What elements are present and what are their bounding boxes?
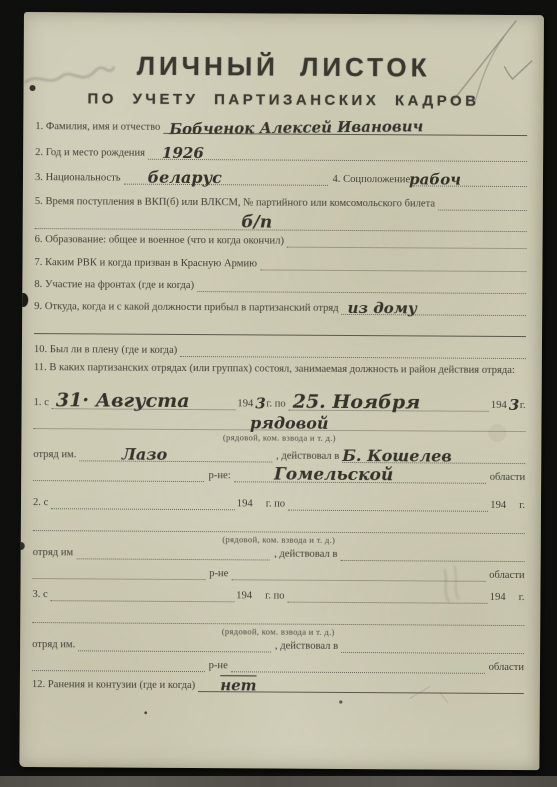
entry-1-year-from-hand: 3 <box>255 396 266 411</box>
entry-1-gpo-label: г. по <box>266 398 288 410</box>
entry-2-position-line <box>33 515 525 534</box>
entry-1-region-row: р-не: Гомельской области <box>33 465 525 484</box>
entry-1-position-line: рядовой <box>33 413 525 432</box>
entry-3-otryad-row: отряд им. , действовал в <box>32 635 524 654</box>
entry-1-g-label: г. <box>520 400 526 412</box>
entry-1-year-from-printed: 194 <box>235 398 255 410</box>
entry-3-position-row <box>32 607 524 626</box>
field-row-surname: 1. Фамилия, имя и отчество Бобченок Алек… <box>35 117 527 136</box>
entry-2-g-label: г. <box>519 500 525 512</box>
field-3-handwritten-value: беларус <box>148 170 222 186</box>
field-row-party: 5. Время поступления в ВКП(б) или ВЛКСМ,… <box>35 192 527 211</box>
entry-1-oblast-label: области <box>486 472 525 484</box>
field-row-nationality: 3. Национальность беларус 4. Соцположени… <box>35 168 527 187</box>
entry-1-region-handwritten: Гомельской <box>274 467 393 485</box>
entry-3-region-row: р-не области <box>32 655 524 674</box>
entry-1-region-line-b: Гомельской <box>234 466 486 484</box>
entry-2-number: 2. с <box>33 497 51 509</box>
entry-3-number: 3. с <box>32 589 50 601</box>
field-9-line-b <box>34 318 526 337</box>
field-11-label: 11. В каких партизанских отрядах (или гр… <box>34 362 526 378</box>
field-4-label: 4. Соцположение <box>328 174 413 187</box>
field-5-handwritten-value: б/п <box>241 214 272 231</box>
entry-1-position-row: рядовой <box>33 413 525 432</box>
entry-3-to-line <box>288 587 488 604</box>
entry-1-otryad-row: отряд им. Лазо , действовал в Б. Кошелев <box>33 445 525 464</box>
field-2-handwritten-value: 1926 <box>162 146 204 161</box>
entry-3-gpo-label: г. по <box>265 590 287 602</box>
entry-3-otryad-line <box>78 635 271 652</box>
field-8-label: 8. Участие на фронтах (где и когда) <box>34 279 197 292</box>
field-row-party-cont: б/п <box>35 213 527 232</box>
field-row-captivity: 10. Был ли в плену (где и когда) <box>34 340 526 359</box>
entry-2-rne-label: р-не <box>205 568 231 580</box>
entry-3-region-line-b <box>231 656 485 674</box>
entry-2-deystvoval-line <box>340 545 524 562</box>
scanner-edge-strip <box>0 776 557 787</box>
scan-background: ЛИЧНЫЙ ЛИСТОК ПО УЧЕТУ ПАРТИЗАНСКИХ КАДР… <box>0 0 557 787</box>
field-row-wounds: 12. Ранения и контузии (где и когда) нет <box>32 675 524 694</box>
field-12-line: нет <box>198 676 524 694</box>
field-2-line: 1926 <box>148 144 527 162</box>
field-2-label: 2. Год и место рождения <box>35 147 148 160</box>
entry-3-position-line <box>32 607 524 626</box>
edge-blot-2 <box>19 542 24 550</box>
entry-1-deystvoval-handwritten: Б. Кошелев <box>342 448 452 465</box>
pencil-small-stroke-2 <box>440 693 448 703</box>
field-9-handwritten-value: из дому <box>348 301 417 316</box>
entry-3-year-from-printed: 194 <box>234 590 254 602</box>
entry-2-otryad-row: отряд им , действовал в <box>33 543 525 562</box>
field-row-rvk: 7. Каким РВК и когда призван в Красную А… <box>34 253 526 272</box>
entry-1-position-caption: (рядовой, ком. взвода и т. д.) <box>33 431 525 444</box>
entry-1-from-line: 31· Августа <box>52 393 236 410</box>
field-5-label: 5. Время поступления в ВКП(б) или ВЛКСМ,… <box>35 196 438 210</box>
field-9-label: 9. Откуда, когда и с какой должности при… <box>34 301 341 315</box>
entry-2-position-row <box>33 515 525 534</box>
field-12-handwritten-value: нет <box>220 678 256 693</box>
entry-3-g-label: г. <box>519 592 525 604</box>
entry-1-to-handwritten: 25. Ноября <box>293 393 421 413</box>
entry-2-otryad-line <box>76 543 270 560</box>
entry-1-dates-row: 1. с 31· Августа 194 3 г. по 25. Ноября … <box>34 393 526 412</box>
paper-speck <box>144 711 147 714</box>
entry-3-deystvoval-label: , действовал в <box>271 641 341 653</box>
entry-2-oblast-label: области <box>485 570 524 582</box>
entry-2-gpo-label: г. по <box>266 498 288 510</box>
entry-2-dates-row: 2. с 194 г. по 194 г. <box>33 493 525 512</box>
field-1-line: Бобченок Алексей Иванович <box>163 118 527 136</box>
paper-speck-2 <box>339 700 342 703</box>
field-9-line: из дому <box>342 299 527 316</box>
field-4-handwritten-value: рабоч <box>409 172 461 187</box>
document-title: ЛИЧНЫЙ ЛИСТОК <box>24 50 544 84</box>
entry-2-region-line-a <box>33 563 206 580</box>
entry-3-from-line <box>51 585 235 602</box>
entry-2-year-to-printed: 194 <box>488 500 508 512</box>
entry-1-deystvoval-label: , действовал в <box>272 451 342 463</box>
entry-2-deystvoval-label: , действовал в <box>270 549 340 561</box>
entry-1-from-handwritten: 31· Августа <box>56 391 190 411</box>
field-7-line <box>260 254 527 272</box>
field-row-arrival: 9. Откуда, когда и с какой должности при… <box>34 297 526 316</box>
field-row-fronts: 8. Участие на фронтах (где и когда) <box>34 275 526 294</box>
field-3-line: беларус <box>124 169 329 186</box>
field-row-education: 6. Образование: общее и военное (что и к… <box>35 230 527 249</box>
field-1-label: 1. Фамилия, имя и отчество <box>35 121 163 134</box>
entry-2-otryad-label: отряд им <box>33 547 77 559</box>
field-5-line-a <box>438 195 527 212</box>
entry-1-otryad-line: Лазо <box>79 445 272 462</box>
field-3-label: 3. Национальность <box>35 172 124 185</box>
entry-3-rne-label: р-не <box>205 660 231 672</box>
field-4-line: рабоч <box>413 170 527 187</box>
entry-3-region-line-a <box>32 655 205 672</box>
field-6-label: 6. Образование: общее и военное (что и к… <box>35 234 287 248</box>
entry-3-year-to-printed: 194 <box>488 592 508 604</box>
entry-1-to-line: 25. Ноября <box>289 395 489 412</box>
entry-2-region-line-b <box>231 564 485 582</box>
field-10-line <box>180 341 526 359</box>
field-8-line <box>197 276 526 294</box>
entry-2-region-row: р-не области <box>33 563 525 582</box>
entry-2-from-line <box>51 493 235 510</box>
field-row-arrival-cont <box>34 318 526 337</box>
entry-1-year-to-printed: 194 <box>489 400 509 412</box>
entry-3-deystvoval-line <box>341 637 524 654</box>
entry-2-year-from-printed: 194 <box>235 498 255 510</box>
document-page: ЛИЧНЫЙ ЛИСТОК ПО УЧЕТУ ПАРТИЗАНСКИХ КАДР… <box>19 12 544 770</box>
entry-1-otryad-handwritten: Лазо <box>122 447 168 463</box>
field-5-line-b: б/п <box>35 213 527 232</box>
field-1-handwritten-value: Бобченок Алексей Иванович <box>169 119 423 137</box>
document-subtitle: ПО УЧЕТУ ПАРТИЗАНСКИХ КАДРОВ <box>23 90 543 110</box>
entry-3-oblast-label: области <box>485 662 524 674</box>
entry-1-deystvoval-line: Б. Кошелев <box>342 447 525 464</box>
entry-1-rne-label: р-не: <box>205 470 234 482</box>
edge-blot <box>19 293 28 307</box>
entry-3-dates-row: 3. с 194 г. по 194 г. <box>32 585 524 604</box>
entry-1-region-line-a <box>33 465 204 482</box>
field-7-label: 7. Каким РВК и когда призван в Красную А… <box>34 257 260 270</box>
field-10-label: 10. Был ли в плену (где и когда) <box>34 344 180 357</box>
entry-1-position-handwritten: рядовой <box>250 415 329 431</box>
field-row-birth: 2. Год и место рождения 1926 <box>35 143 527 162</box>
field-6-line <box>287 232 527 249</box>
field-12-label: 12. Ранения и контузии (где и когда) <box>32 679 198 692</box>
entry-2-to-line <box>288 495 488 512</box>
entry-1-otryad-label: отряд им. <box>33 449 79 461</box>
entry-1-number: 1. с <box>34 397 52 409</box>
entry-1-year-to-hand: 3 <box>509 398 520 413</box>
entry-3-otryad-label: отряд им. <box>32 639 78 651</box>
